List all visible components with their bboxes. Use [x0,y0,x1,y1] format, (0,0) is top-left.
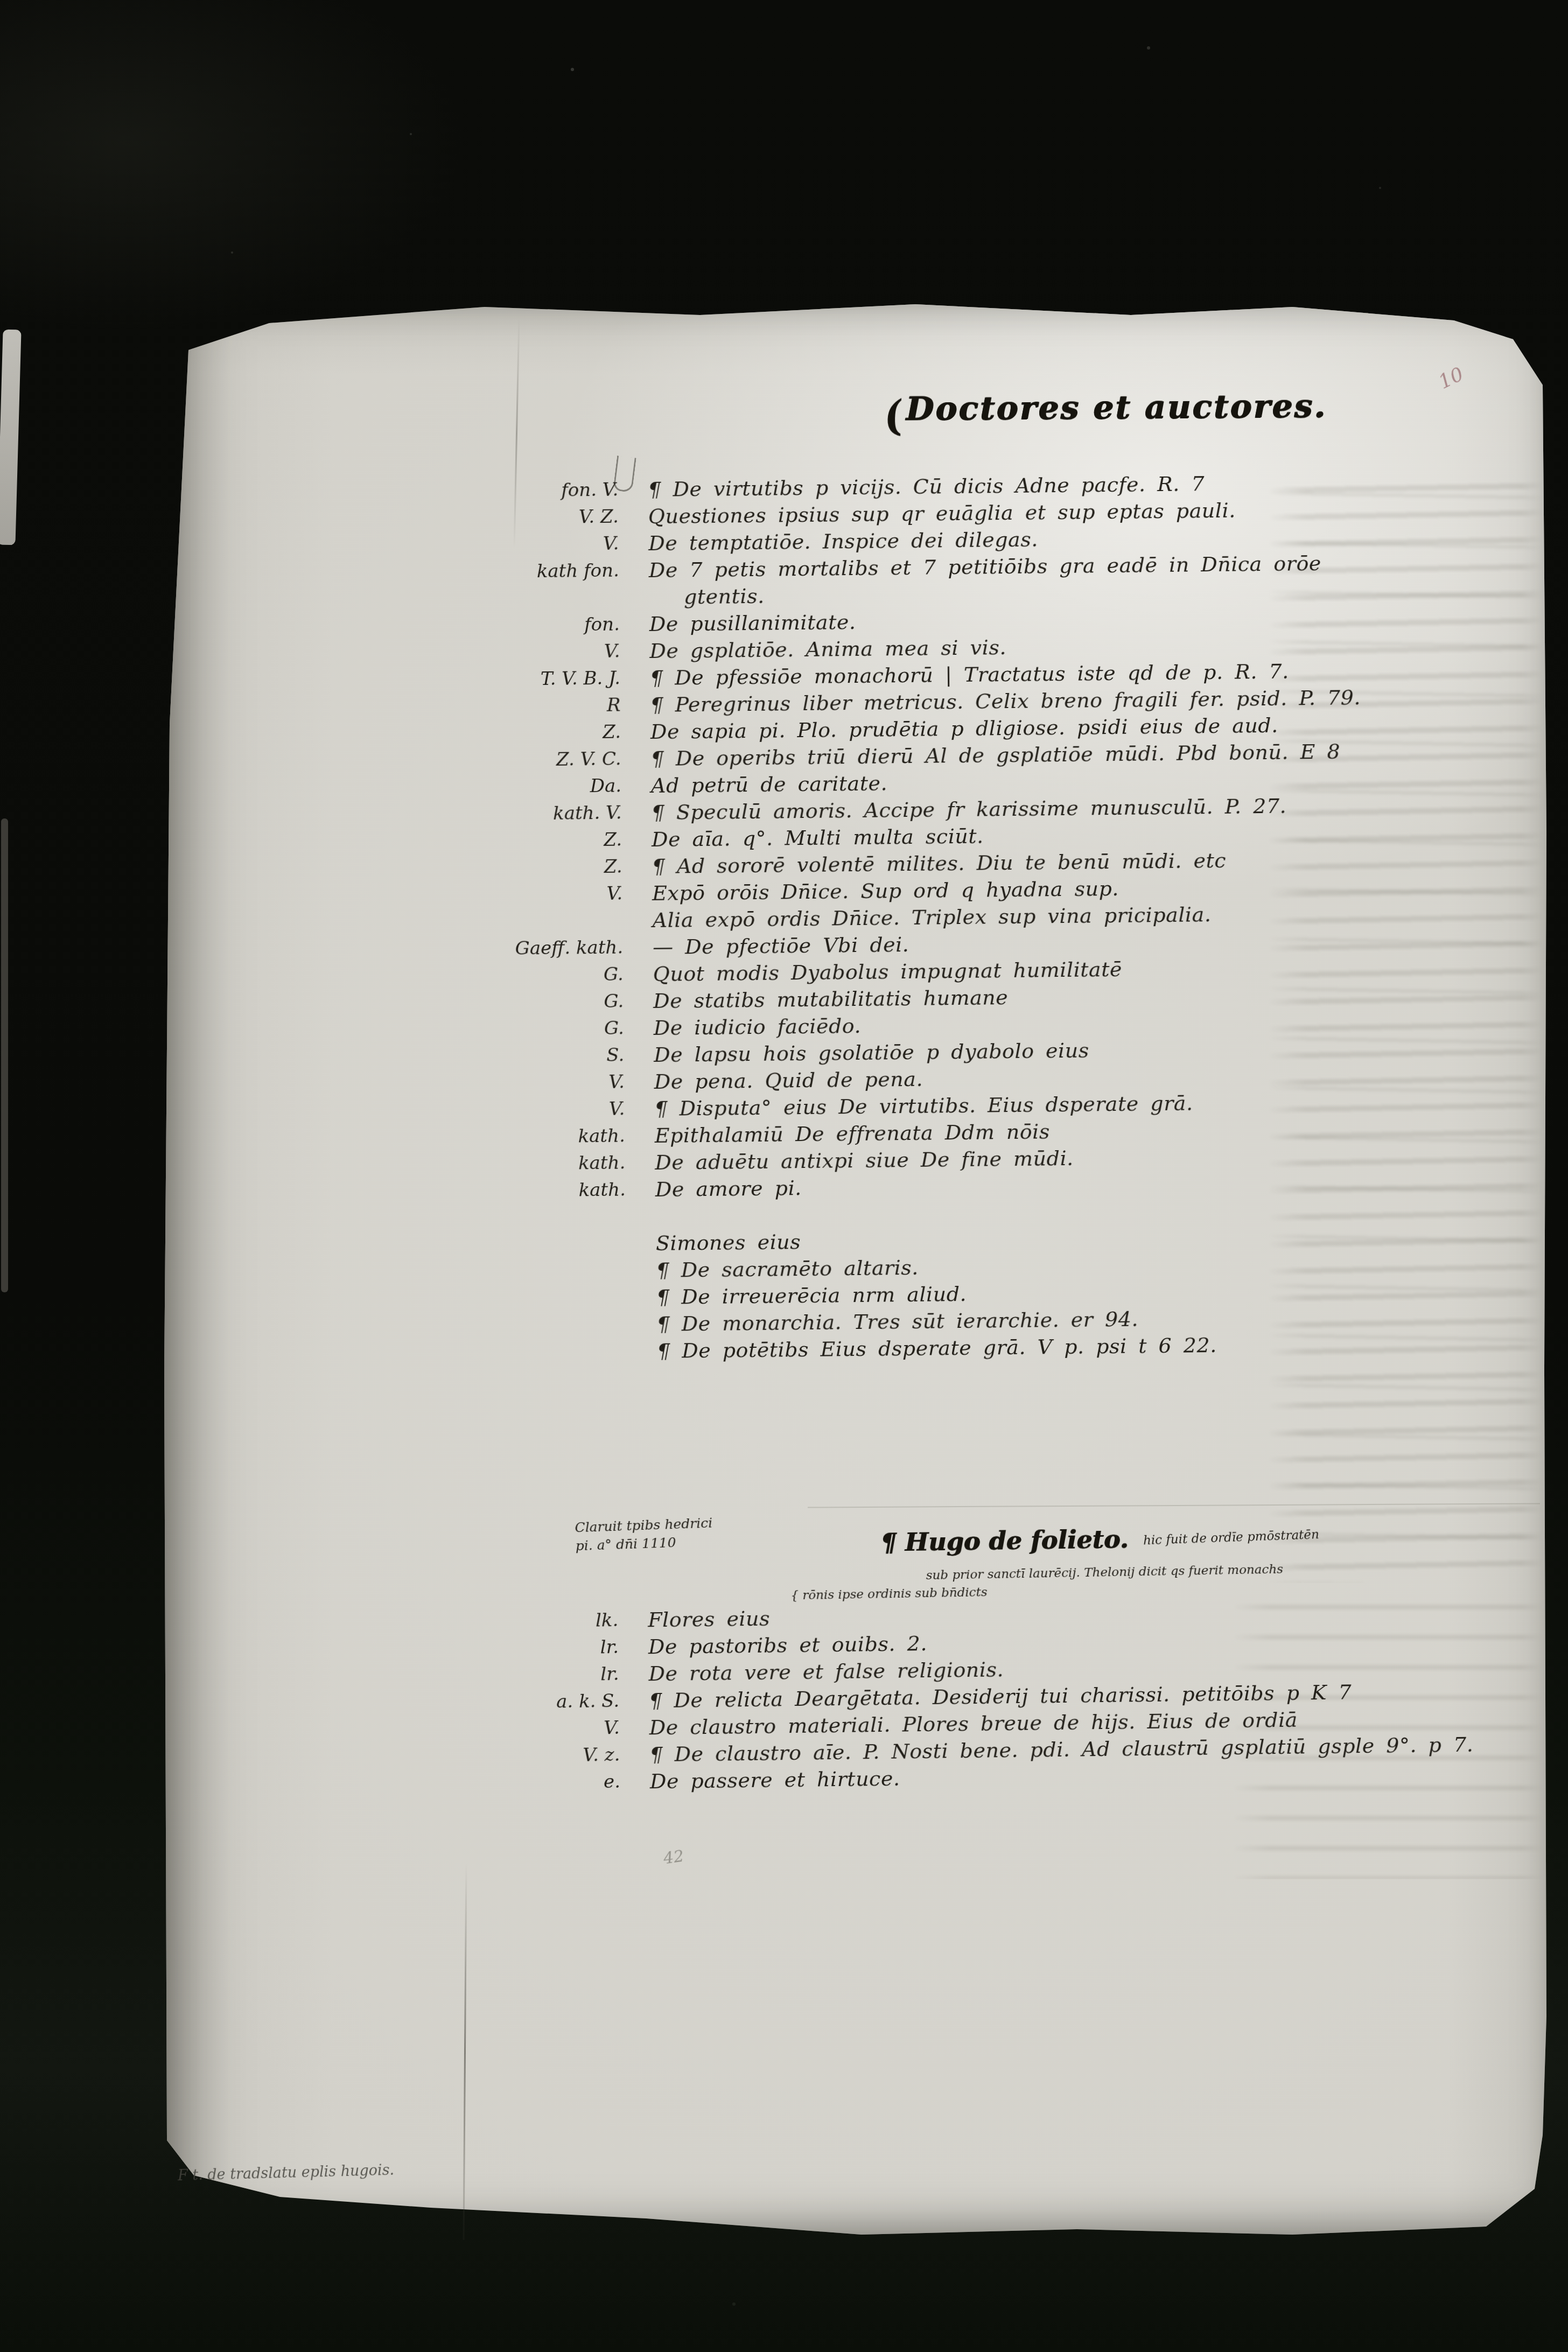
entry-shelfmark: Z. [443,718,651,747]
paragraph-mark-icon: ( [880,391,907,442]
pencil-annotation: 42 [662,1847,685,1868]
hugo-heading-text: ¶ Hugo de folieto. [880,1524,1129,1557]
manuscript-photo: ( Doctores et auctores. fon. V. ¶ De vir… [0,0,1568,2352]
entry-shelfmark [448,1203,656,1232]
entry-shelfmark: kath. [448,1176,656,1205]
entry-shelfmark: V. [447,1095,655,1124]
entry-shelfmark [449,1284,657,1313]
entry-shelfmark: G. [446,988,654,1017]
entry-shelfmark: Z. [444,853,652,882]
entry-shelfmark: lr. [441,1633,649,1663]
entry-shelfmark [442,584,649,613]
entry-shelfmark: V. Z. [441,503,649,532]
entry-shelfmark: R [443,691,650,720]
hugo-heading-note: hic fuit de ordīe pmōstratēn [1143,1527,1320,1549]
doctores-entry-list: fon. V. ¶ De virtutibs p vicijs. Cū dici… [440,467,1518,1367]
entry-shelfmark: lr. [441,1660,649,1690]
entry-shelfmark: kath fon. [442,557,649,586]
entry-shelfmark: fon. V. [440,476,648,505]
entry-shelfmark [445,907,653,936]
entry-shelfmark: lk. [440,1606,648,1636]
entry-shelfmark: V. [442,1714,649,1744]
entry-shelfmark [449,1257,656,1286]
entry-shelfmark: V. [441,530,649,559]
page-title: Doctores et auctores. [906,387,1327,428]
entry-shelfmark: kath. [447,1149,655,1178]
entry-shelfmark: G. [446,1014,654,1044]
dust-specks [0,0,1,1]
entry-shelfmark: G. [445,961,653,990]
entry-shelfmark [449,1311,657,1340]
entry-shelfmark: Z. V. C. [443,745,651,774]
entry-shelfmark: V. [442,638,650,667]
hugo-section-heading: ¶ Hugo de folieto. hic fuit de ordīe pmō… [880,1522,1320,1557]
entry-shelfmark: fon. [442,611,650,640]
entry-shelfmark: V. [445,880,653,909]
entry-shelfmark: Gaeff. kath. [445,934,653,963]
entry-shelfmark: Z. [444,826,652,855]
entry-shelfmark: V. [447,1068,655,1097]
entry-shelfmark: S. [446,1041,654,1070]
page-edge-highlight [0,330,22,545]
entry-shelfmark: e. [443,1768,650,1797]
page-heading: ( Doctores et auctores. [883,387,1327,438]
entry-shelfmark: a. k. S. [442,1687,649,1717]
entry-shelfmark: kath. [447,1122,655,1151]
hugo-entry-list: lk. Flores eius lr. De pastoribs et ouib… [440,1596,1511,1797]
entry-shelfmark: Da. [444,772,652,801]
entry-shelfmark: V. z. [442,1741,650,1770]
entry-shelfmark [450,1338,657,1367]
page-edge-streak [1,818,8,1292]
entry-shelfmark: kath. V. [444,799,652,828]
entry-shelfmark: T. V. B. J. [443,664,650,694]
entry-shelfmark [449,1230,656,1259]
